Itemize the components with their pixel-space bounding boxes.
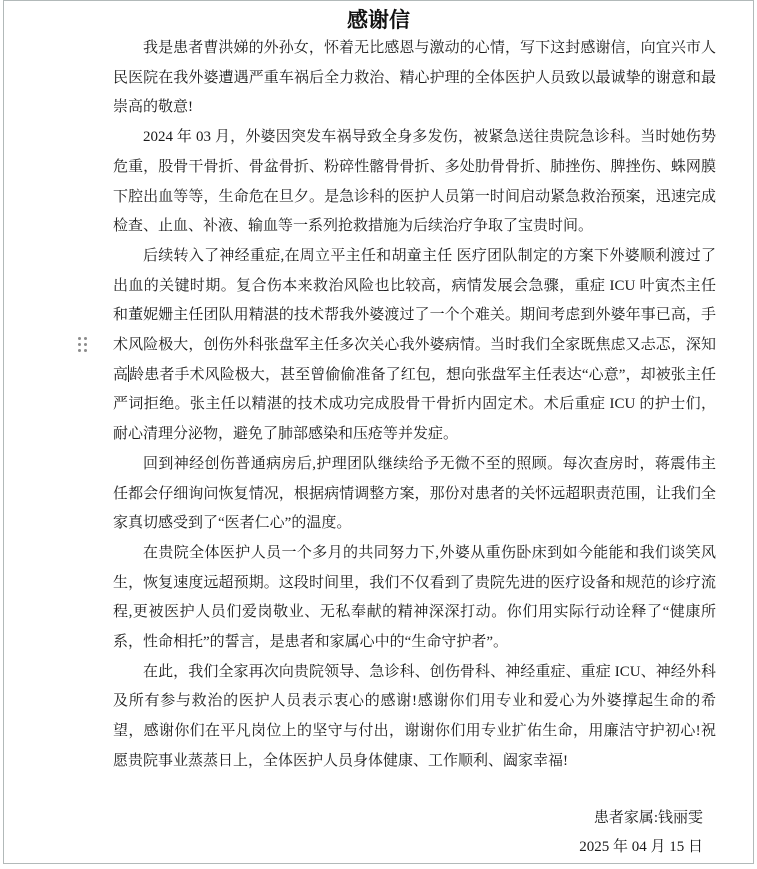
document-body: 我是患者曹洪娣的外孙女，怀着无比感恩与激动的心情，写下这封感谢信，向宜兴市人民医… [113,34,716,863]
paragraph: 后续转入了神经重症,在周立平主任和胡童主任 医疗团队制定的方案下外婆顺利渡过了出… [113,242,716,450]
paragraph: 回到神经创伤普通病房后,护理团队继续给予无微不至的照顾。每次查房时，蒋震伟主任都… [113,450,716,539]
signature: 患者家属:钱丽雯 [113,804,716,834]
document-page: 感谢信 我是患者曹洪娣的外孙女，怀着无比感恩与激动的心情，写下这封感谢信，向宜兴… [3,0,754,864]
paragraph-drag-handle-icon[interactable] [78,337,91,355]
paragraph: 2024 年 03 月，外婆因突发车祸导致全身多发伤，被紧急送往贵院急诊科。当时… [113,123,716,242]
paragraph: 在贵院全体医护人员一个多月的共同努力下,外婆从重伤卧床到如今能能和我们谈笑风生，… [113,539,716,658]
date: 2025 年 04 月 15 日 [113,833,716,863]
paragraph: 在此，我们全家再次向贵院领导、急诊科、创伤骨科、神经重症、重症 ICU、神经外科… [113,658,716,777]
paragraph-text: 后续转入了神经重症,在周立平主任和胡童主任 医疗团队制定的方案下外婆顺利渡过了出… [113,248,716,383]
paragraph-text: 龄患者手术风险极大，甚至曾偷偷准备了红包，想向张盘军主任表达“心意”，却被张主任… [113,367,716,442]
document-title: 感谢信 [4,6,753,34]
paragraph: 我是患者曹洪娣的外孙女，怀着无比感恩与激动的心情，写下这封感谢信，向宜兴市人民医… [113,34,716,123]
signature-block: 患者家属:钱丽雯 2025 年 04 月 15 日 [113,804,716,863]
